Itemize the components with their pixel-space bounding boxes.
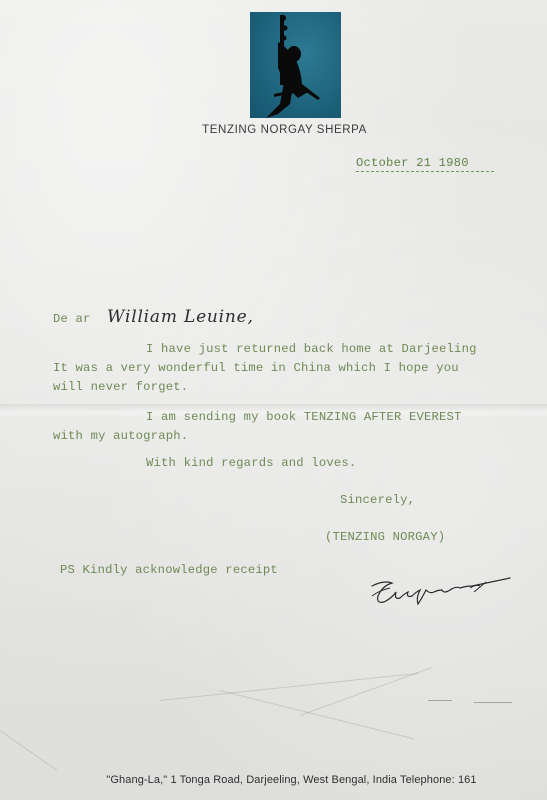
salutation-typed: De ar (53, 312, 91, 326)
body-line: will never forget. (53, 380, 188, 394)
paper-scratch (220, 690, 414, 739)
body-line: I have just returned back home at Darjee… (146, 342, 477, 356)
letterhead-footer-address: "Ghang-La," 1 Tonga Road, Darjeeling, We… (0, 774, 547, 786)
climber-silhouette-icon (250, 12, 341, 118)
closing-typed-name: (TENZING NORGAY) (325, 530, 445, 544)
salutation-handwritten-name: William Leuine, (107, 307, 254, 327)
letter-date: October 21 1980 (356, 156, 494, 172)
paper-scratch (474, 702, 512, 703)
paper-scratch (0, 730, 58, 771)
closing-valediction: Sincerely, (340, 493, 415, 507)
body-line: With kind regards and loves. (146, 456, 356, 470)
paper-scratch (428, 700, 452, 701)
postscript: PS Kindly acknowledge receipt (60, 563, 278, 577)
body-line: with my autograph. (53, 429, 188, 443)
body-line: It was a very wonderful time in China wh… (53, 361, 459, 375)
paper-scratch (300, 667, 432, 716)
letter-paper: TENZING NORGAY SHERPA October 21 1980 De… (0, 0, 547, 800)
letterhead-name: TENZING NORGAY SHERPA (0, 124, 547, 136)
body-line: I am sending my book TENZING AFTER EVERE… (146, 410, 462, 424)
handwritten-signature-icon (370, 576, 520, 615)
